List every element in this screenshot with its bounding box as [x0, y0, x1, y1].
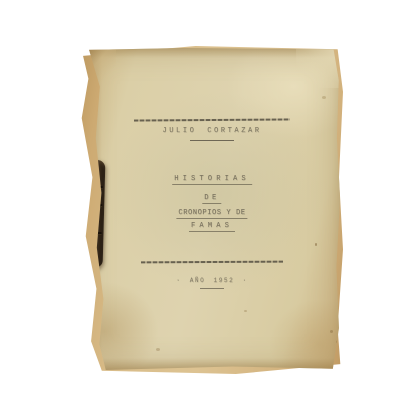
- typed-rule-bottom: [141, 261, 283, 264]
- date-line: · AÑO 1952 ·: [176, 277, 247, 284]
- manuscript-cover: JULIO CORTAZAR HISTORIAS DE CRONOPIOS Y …: [84, 48, 340, 370]
- title-text: HISTORIAS: [172, 175, 252, 185]
- title-line-famas: FAMAS: [189, 222, 235, 230]
- title-text: FAMAS: [189, 222, 235, 232]
- title-line-de: DE: [202, 194, 221, 202]
- title-text: CRONOPIOS Y DE: [176, 209, 247, 219]
- foxing-speck: [244, 310, 247, 312]
- typed-rule-top: [134, 118, 290, 121]
- title-text: DE: [202, 194, 221, 204]
- foxing-speck: [322, 96, 326, 99]
- author-underline: [190, 140, 234, 141]
- title-line-historias: HISTORIAS: [172, 175, 252, 183]
- date-underline: [200, 288, 224, 289]
- author-name: JULIO CORTAZAR: [162, 127, 261, 135]
- foxing-speck: [156, 348, 160, 351]
- title-line-cronopios: CRONOPIOS Y DE: [176, 209, 247, 217]
- foxing-speck: [315, 243, 317, 246]
- top-right-crease: [296, 48, 340, 88]
- photo-background: JULIO CORTAZAR HISTORIAS DE CRONOPIOS Y …: [0, 0, 420, 420]
- foxing-speck: [330, 330, 333, 333]
